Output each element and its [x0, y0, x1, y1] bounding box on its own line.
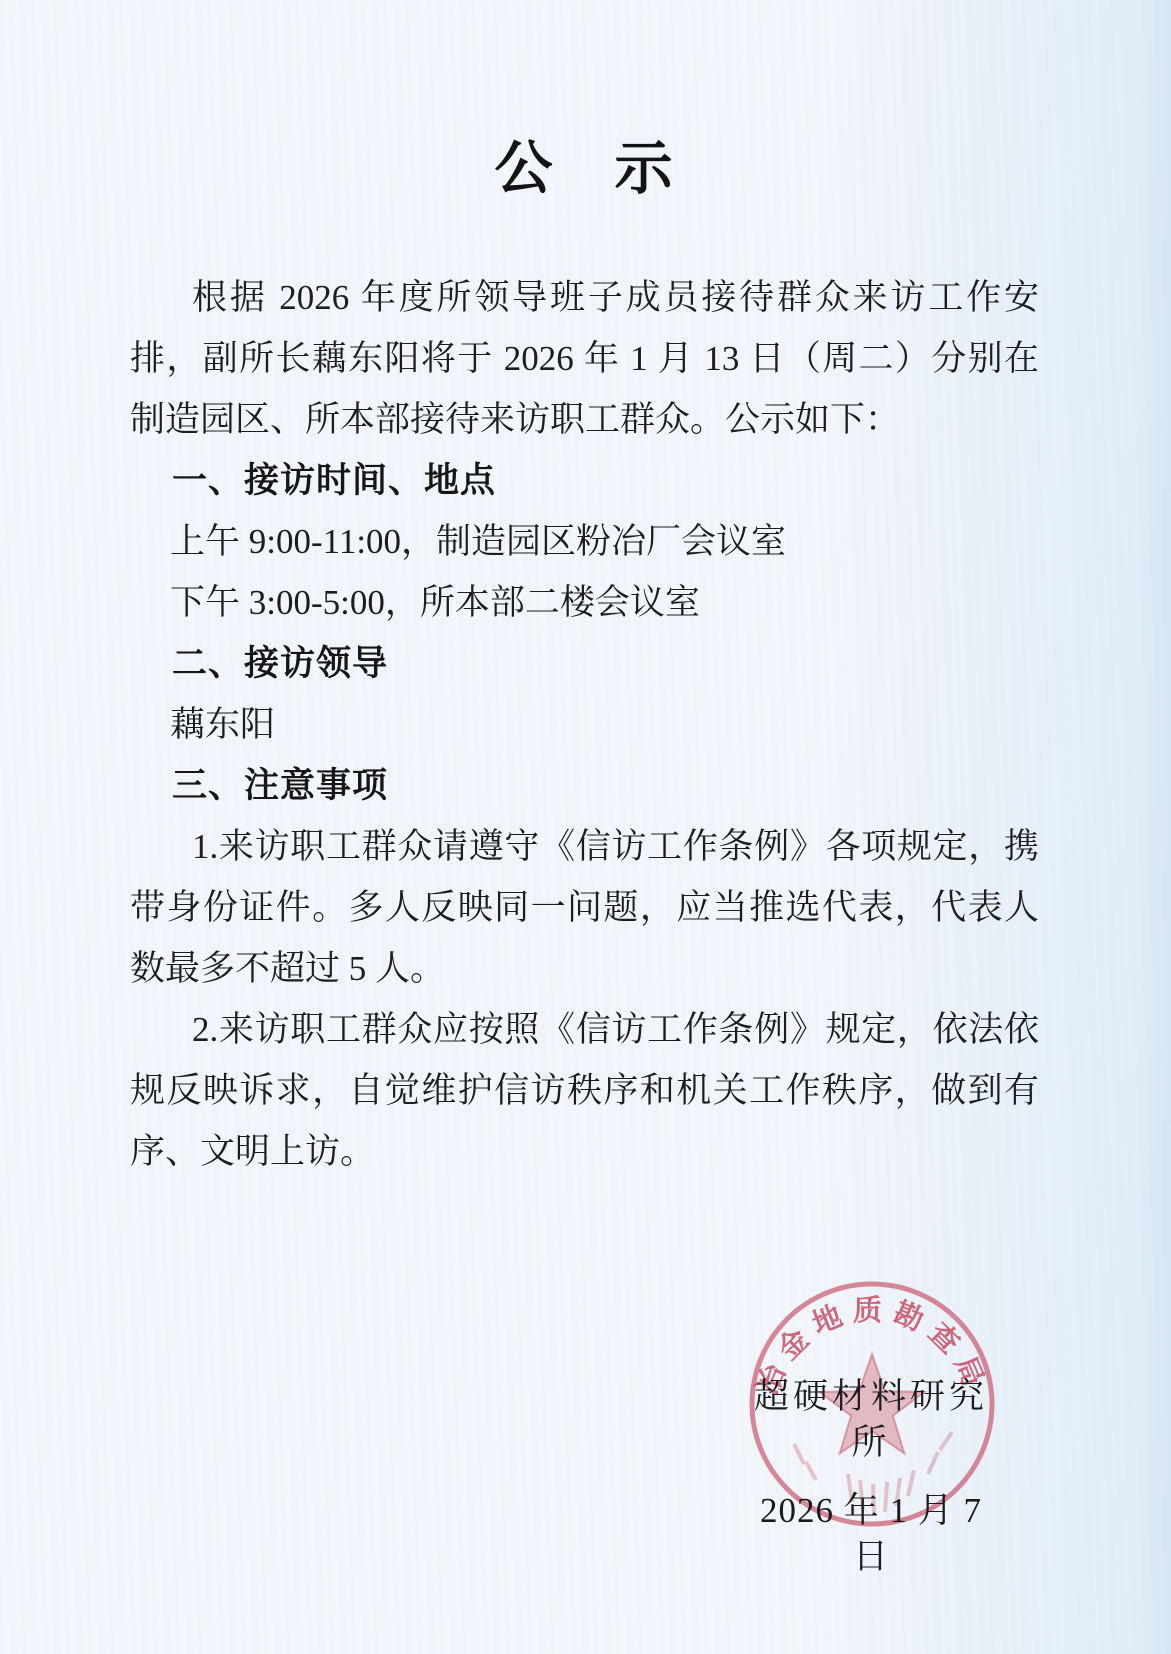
signature-org: 超硬材料研究所: [740, 1374, 1002, 1466]
intro-paragraph: 根据 2026 年度所领导班子成员接待群众来访工作安排，副所长藕东阳将于 202…: [130, 267, 1039, 450]
document-text-block: 根据 2026 年度所领导班子成员接待群众来访工作安排，副所长藕东阳将于 202…: [130, 267, 1039, 1182]
leader-name-line: 藕东阳: [130, 694, 1039, 755]
session-afternoon-line: 下午 3:00-5:00，所本部二楼会议室: [130, 572, 1039, 633]
section-1-heading: 一、接访时间、地点: [130, 450, 1039, 511]
scanned-notice-page: 公 示 根据 2026 年度所领导班子成员接待群众来访工作安排，副所长藕东阳将于…: [0, 0, 1171, 1654]
signature-date: 2026 年 1 月 7 日: [740, 1488, 1002, 1580]
document-title: 公 示: [130, 133, 1039, 206]
notice-item-1: 1.来访职工群众请遵守《信访工作条例》各项规定，携带身份证件。多人反映同一问题，…: [130, 816, 1039, 999]
signature-block: 超硬材料研究所 2026 年 1 月 7 日: [740, 1374, 1002, 1580]
section-2-heading: 二、接访领导: [130, 633, 1039, 694]
notice-item-2: 2.来访职工群众应按照《信访工作条例》规定，依法依规反映诉求，自觉维护信访秩序和…: [130, 999, 1039, 1182]
section-3-heading: 三、注意事项: [130, 755, 1039, 816]
document-body: 公 示 根据 2026 年度所领导班子成员接待群众来访工作安排，副所长藕东阳将于…: [130, 0, 1039, 1182]
session-morning-line: 上午 9:00-11:00，制造园区粉冶厂会议室: [130, 511, 1039, 572]
